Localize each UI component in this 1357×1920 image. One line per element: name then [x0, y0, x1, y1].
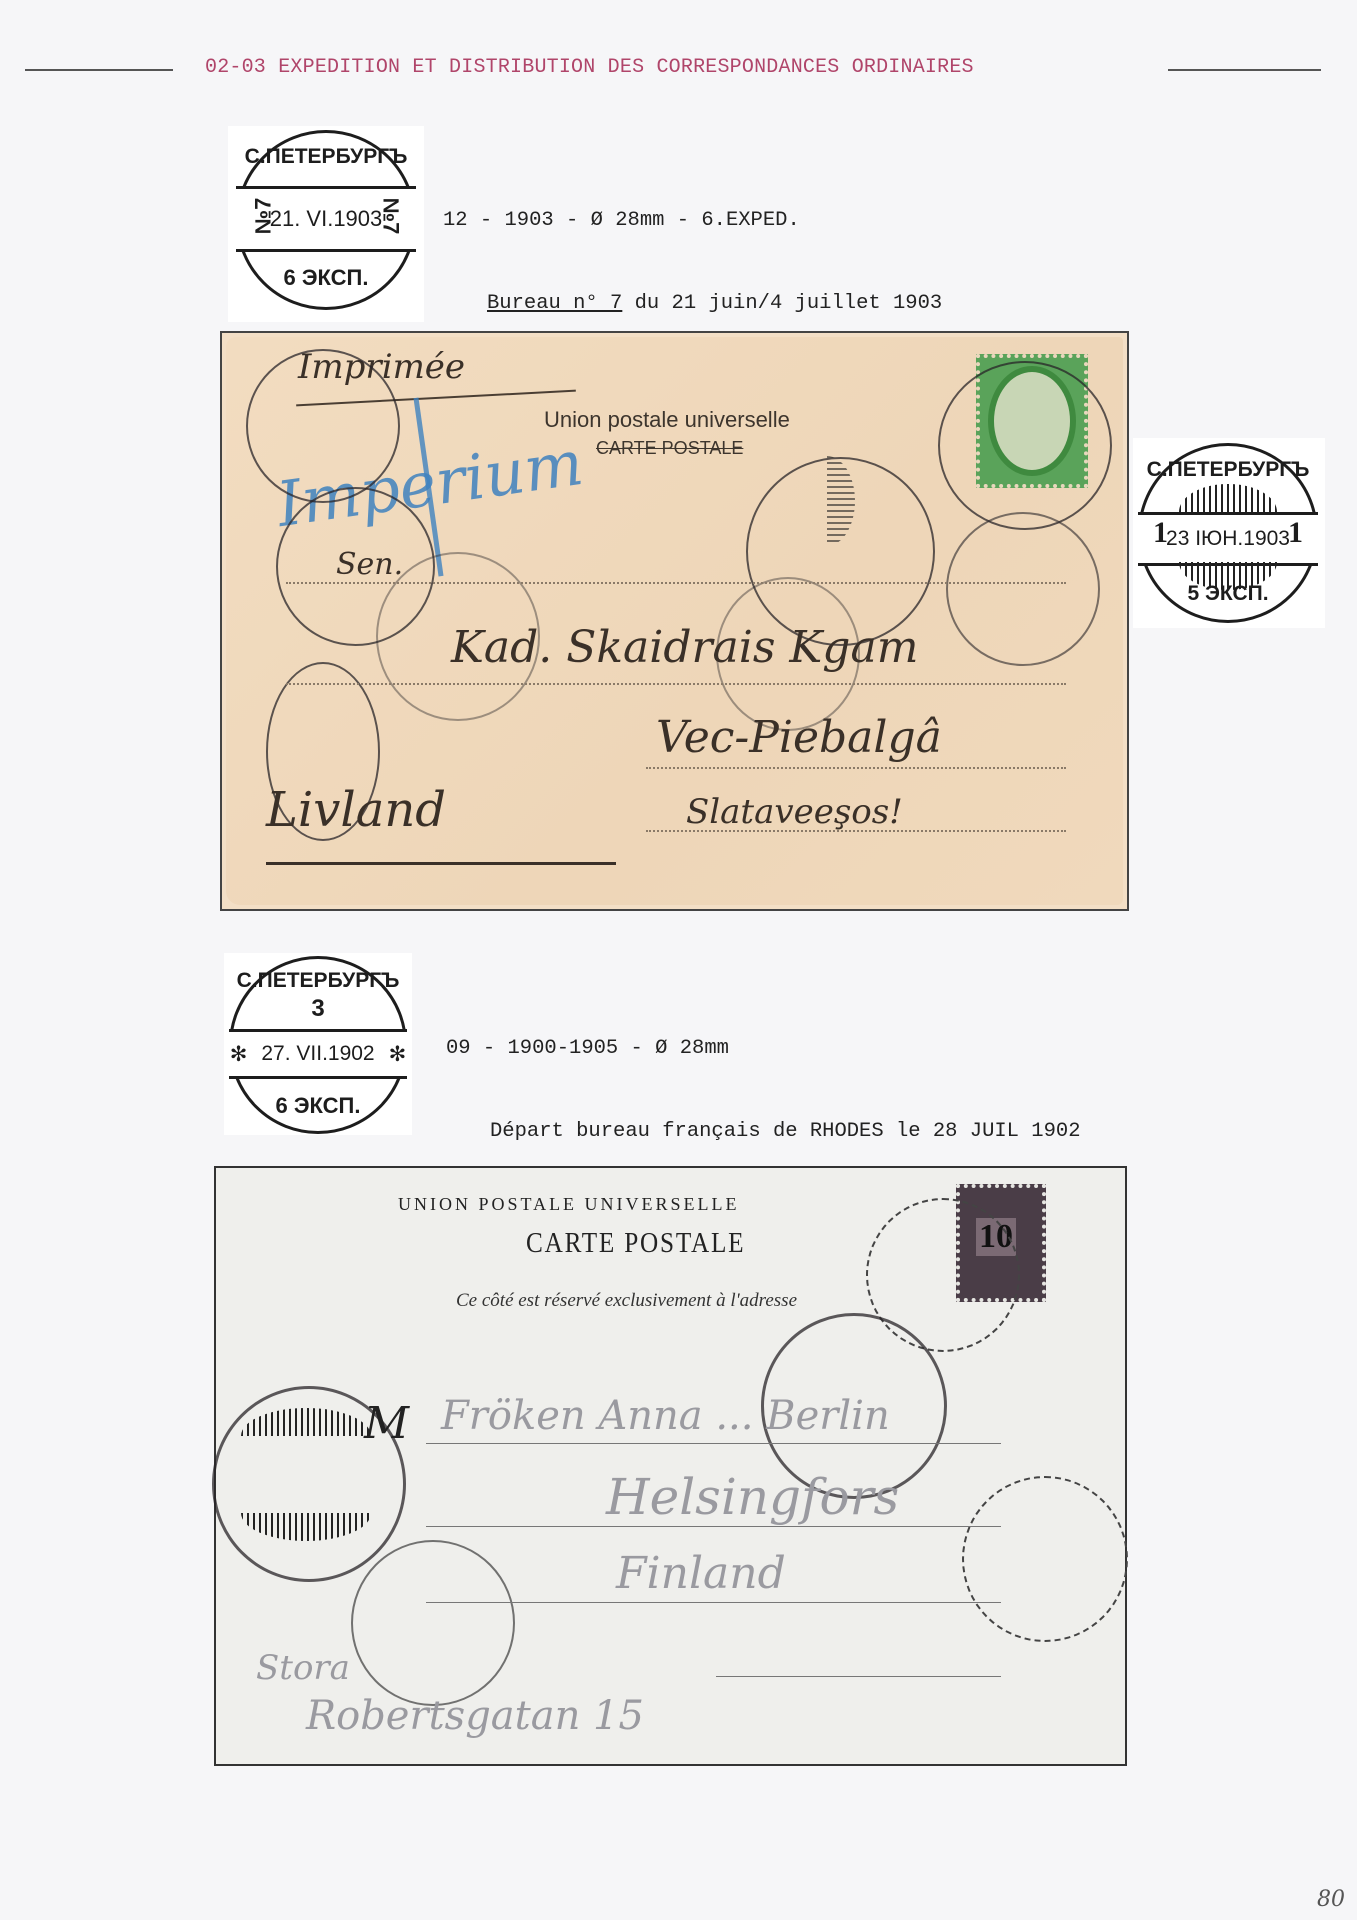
address-line: [426, 1602, 1001, 1603]
address-line: [716, 1676, 1001, 1677]
desc-fragment: du 21 juin/4 juillet 1903: [622, 292, 942, 315]
printed-salutation: M: [364, 1398, 409, 1449]
underline-stroke: [266, 862, 616, 865]
postmark-side-right: №7: [378, 198, 404, 235]
postmark-top-text: С.ПЕТЕРБУРГЪ: [232, 969, 404, 993]
secondary-postmark-5-exped: С.ПЕТЕРБУРГЪ 23 ІЮН.1903 1 1 5 ЭКСП.: [1133, 438, 1325, 628]
postmark-date: 27. VII.1902: [261, 1042, 374, 1066]
bureau-underlined: Bureau n° 7: [487, 292, 622, 315]
printed-carte-postale: CARTE POSTALE: [596, 438, 743, 459]
pencil-city: Helsingfors: [606, 1468, 899, 1526]
address-line: [426, 1443, 1001, 1444]
page-header: 02-03 EXPEDITION ET DISTRIBUTION DES COR…: [0, 50, 1357, 90]
postmark-date: 21. VI.1903: [270, 206, 383, 232]
printed-upu-header: Union postale universelle: [544, 407, 790, 433]
postmark-hatch-top: [1179, 484, 1276, 512]
printed-address-notice: Ce côté est réservé exclusivement à l'ad…: [456, 1290, 797, 1312]
page-title: 02-03 EXPEDITION ET DISTRIBUTION DES COR…: [205, 56, 974, 79]
desc-line: 12 - 1903 - Ø 28mm - 6.EXPED.: [443, 207, 991, 235]
address-line: [286, 582, 1066, 584]
postmark-top-text: С.ПЕТЕРБУРГЪ: [239, 145, 413, 169]
postmark-date: 23 ІЮН.1903: [1166, 527, 1290, 551]
chtomansgof-arrival-cancel: [946, 512, 1100, 666]
pencil-street-2: Robertsgatan 15: [306, 1693, 644, 1739]
postmark-side-left: 1: [1153, 516, 1168, 550]
pencil-addressee: Fröken Anna ... Berlin: [441, 1393, 890, 1439]
header-rule-right: [1168, 69, 1321, 71]
reference-postmark-12: С.ПЕТЕРБУРГЪ 21. VI.1903 №7 №7 6 ЭКСП.: [228, 126, 424, 322]
address-line: [286, 683, 1066, 685]
card-paper: Imprimée Union postale universelle CARTE…: [226, 337, 1123, 905]
handwritten-addressee: Kad. Skaidrais Kgam: [451, 622, 918, 673]
postmark-date-band: ✻ 27. VII.1902 ✻: [229, 1029, 407, 1079]
reference-postmark-09: С.ПЕТЕРБУРГЪ 3 ✻ 27. VII.1902 ✻ 6 ЭКСП.: [224, 953, 412, 1135]
smyrne-cancel: [351, 1540, 515, 1706]
ornament-right: ✻: [389, 1042, 407, 1067]
desc-line: Départ bureau français de RHODES le 28 J…: [446, 1118, 1081, 1146]
handwritten-locality: Slataveeşos!: [686, 792, 903, 832]
postmark-office-number: 3: [232, 995, 404, 1023]
helsinki-cancel: [938, 361, 1112, 530]
postmark-side-right: 1: [1288, 516, 1303, 550]
handwritten-livland: Livland: [266, 782, 446, 838]
printed-upu-header: UNION POSTALE UNIVERSELLE: [398, 1194, 740, 1215]
postmark-bottom-text: 6 ЭКСП.: [239, 265, 413, 291]
header-rule-left: [25, 69, 173, 71]
page-number: 80: [1317, 1887, 1345, 1912]
postmark-bottom-text: 5 ЭКСП.: [1141, 582, 1315, 606]
handwritten-town: Vec-Piebalgâ: [656, 712, 942, 763]
address-line: [646, 767, 1066, 769]
postcard-rhodes-1902: UNION POSTALE UNIVERSELLE CARTE POSTALE …: [214, 1166, 1127, 1766]
pencil-street-1: Stora: [256, 1648, 350, 1688]
handwritten-sen: Sen.: [336, 547, 403, 582]
desc-line: 09 - 1900-1905 - Ø 28mm: [446, 1035, 1081, 1063]
rhodes-cancel-bottom: [962, 1476, 1128, 1642]
postmark-bottom-text: 6 ЭКСП.: [232, 1093, 404, 1119]
pencil-country: Finland: [616, 1548, 786, 1599]
postmark-top-text: С.ПЕТЕРБУРГЪ: [1141, 458, 1315, 482]
chtomansgof-cancel: [246, 349, 400, 503]
ornament-left: ✻: [230, 1042, 248, 1067]
address-line: [426, 1526, 1001, 1527]
postmark-side-left: №7: [250, 198, 276, 235]
postcard-helsinki-1903: Imprimée Union postale universelle CARTE…: [220, 331, 1129, 911]
printed-carte-postale: CARTE POSTALE: [526, 1228, 745, 1260]
desc-line: Bureau n° 7 du 21 juin/4 juillet 1903: [443, 290, 991, 318]
